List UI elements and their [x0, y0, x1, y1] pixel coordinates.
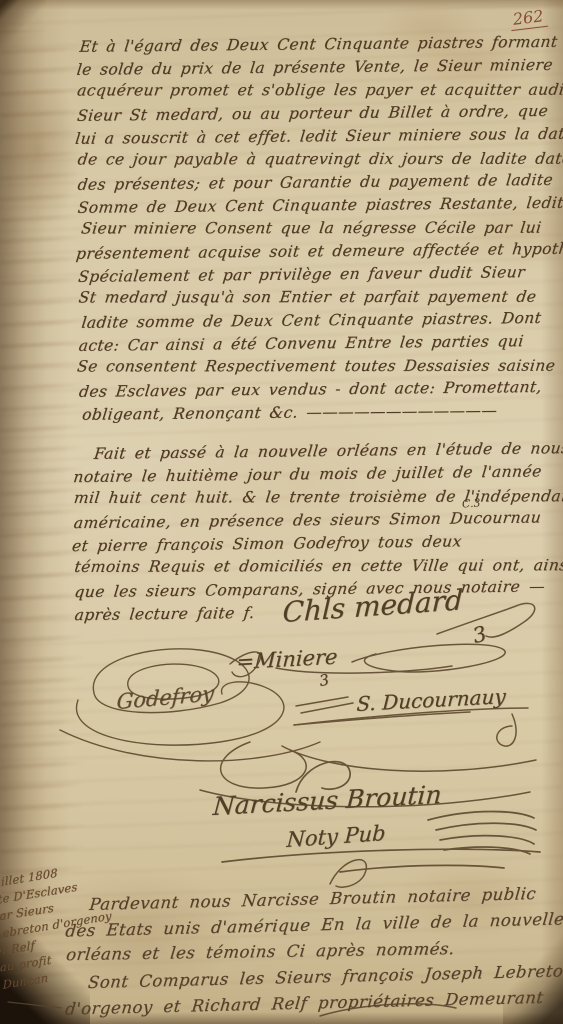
manuscript-line: St medard jusqu'à son Entier et parfait …	[77, 286, 563, 310]
manuscript-line: acte: Car ainsi a été Convenu Entre les …	[77, 329, 563, 358]
signature-broutin-title: Noty Pub	[286, 821, 386, 852]
manuscript-line: de ce jour payable à quatrevingt dix jou…	[76, 148, 563, 172]
manuscript-line: Se consentent Respectivement toutes Dess…	[76, 355, 563, 379]
manuscript-page: 262 Et à l'égard des Deux Cent Cinquante…	[0, 0, 563, 1024]
margin-note-underline	[8, 1002, 62, 1008]
miniere-paraph-mark: 3	[318, 671, 331, 690]
manuscript-line: Spécialement et par privilège en faveur …	[77, 260, 563, 289]
margin-summary-note: juillet 1808Vte D'Esclavespar SieursLebr…	[0, 857, 121, 993]
top-page-edge	[0, 0, 563, 10]
second-act-opening-paragraph: Pardevant nous Narcisse Broutin notaire …	[65, 880, 563, 1021]
act-closing-paragraph: Et à l'égard des Deux Cent Cinquante pia…	[77, 31, 563, 426]
manuscript-line: lui a souscrit à cet effet. ledit Sieur …	[74, 122, 563, 151]
signature-godefroy: Godefroy	[116, 681, 215, 714]
signature-ducournau: S. Ducournauy	[356, 684, 506, 716]
signature-miniere: =Miniere	[236, 645, 338, 674]
page-number: 262	[509, 6, 548, 31]
manuscript-line: Sieur miniere Consent que la négresse Cé…	[80, 217, 563, 241]
signature-broutin: Narcissus Broutin	[212, 780, 443, 821]
medard-paraph-mark: 3	[470, 621, 489, 648]
manuscript-line: acquéreur promet et s'oblige les payer e…	[76, 79, 563, 103]
top-left-corner-shadow	[0, 0, 46, 70]
pardevant-initial-flourish	[330, 860, 366, 888]
interline-insert-mark: C.3	[462, 496, 481, 510]
manuscript-line: le solde du prix de la présente Vente, l…	[75, 53, 563, 82]
manuscript-line: Somme de Deux Cent Cinquante piastres Re…	[76, 191, 563, 220]
manuscript-line: obligeant, Renonçant &c. ————————————	[81, 398, 563, 427]
